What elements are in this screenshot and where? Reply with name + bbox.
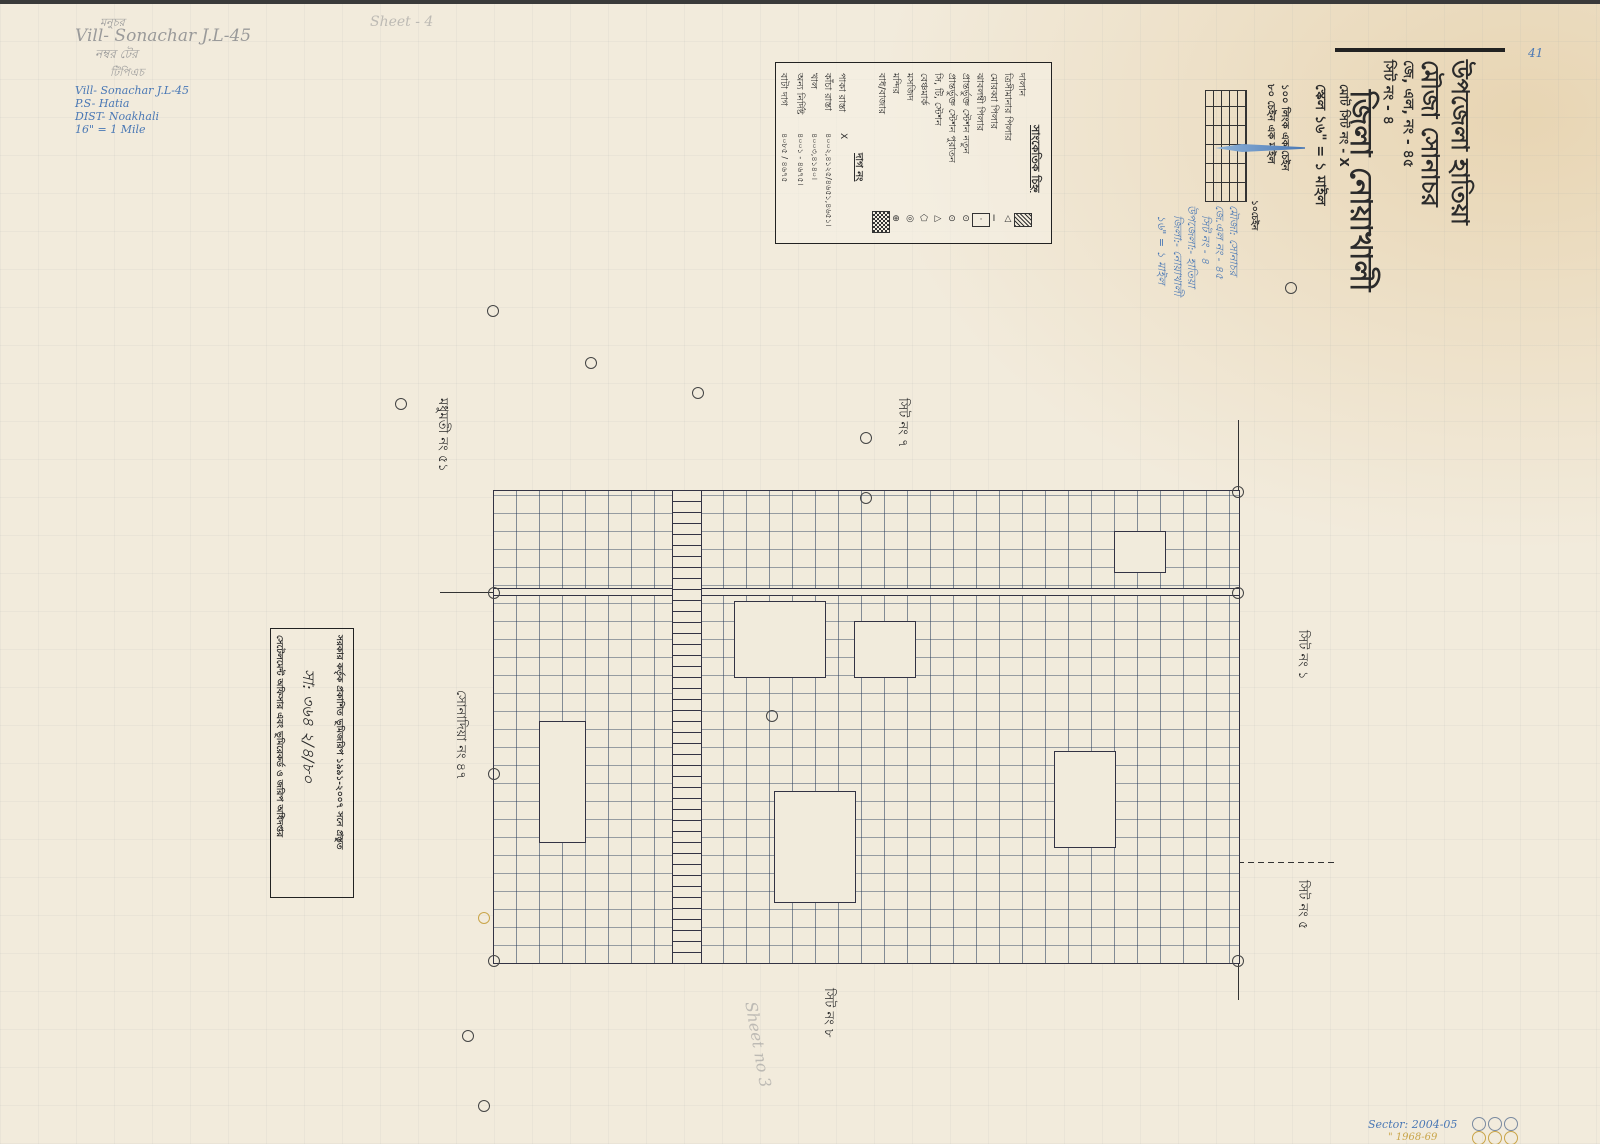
- note-blue-district: DIST- Noakhali: [75, 110, 189, 123]
- dag-row-0-label: পাকা রাস্তা: [833, 73, 848, 112]
- scan-edge: [0, 0, 1600, 4]
- note-scale: ১৬" = ১ মাইল: [1151, 215, 1170, 284]
- stamp-circle-icon: [1472, 1131, 1486, 1144]
- note-pencil-1: Vill- Sonachar J.L-45: [75, 26, 251, 46]
- cert-line-2: সেটেলমেন্ট অফিসার এবং ভূমিরেকর্ড ও জরিপ …: [272, 635, 287, 837]
- certification-box: সরকার কর্তৃক প্রকাশিত ভূমিজরিপ ১৯৯১-২০০৭…: [270, 628, 354, 898]
- note-pencil-2: নম্বর টের: [95, 46, 138, 66]
- dag-row-4-value: ৪০৮৫ / ৪৬৭৫: [777, 133, 790, 182]
- station-circle-icon: [1232, 486, 1244, 498]
- page-mark: 41: [1528, 46, 1543, 60]
- legend-item-4: প্রান্তর্ভুক্ত স্টেশন নতুন: [957, 73, 972, 154]
- dag-row-2-value: ৪০০৩,৪১৪০।: [807, 133, 820, 180]
- boundary-ext-top: [1238, 420, 1239, 490]
- station-new-icon: ⊙: [958, 213, 974, 225]
- adjacent-sheet-right-upper: সিট নং ১: [1291, 630, 1312, 679]
- building-hatch-icon: [1014, 213, 1032, 227]
- stamp-circle-icon: [1504, 1131, 1518, 1144]
- legend-item-6: সি, টি, স্টেশন: [929, 73, 944, 126]
- dag-row-3-value: ৪০০১ - ৪৬৭৫।: [793, 133, 806, 185]
- ct-station-icon: ▷: [930, 213, 946, 225]
- note-pencil-3: টিপিএচ: [110, 64, 144, 83]
- tri-junction-pillar-icon: △: [1000, 213, 1016, 225]
- legend-item-0: দালান: [1013, 73, 1028, 96]
- station-circle-icon: [488, 955, 500, 967]
- road-horizontal: [494, 588, 1239, 596]
- station-circle-icon: [478, 912, 490, 924]
- legend-title: সাংকেতিক চিহ্ন: [1025, 125, 1044, 193]
- square-dot-icon: ·: [972, 213, 990, 227]
- legend-item-2: মোরব্বা পিলার: [985, 73, 1000, 129]
- legend-item-9: মন্দির: [887, 73, 902, 94]
- dag-header: দাগ নং: [849, 153, 866, 181]
- parcel-block: [774, 791, 856, 903]
- note-blue-block: Vill- Sonachar J.L-45 P.S- Hatia DIST- N…: [75, 84, 189, 136]
- legend-item-1: ত্রিসীমানার পিলার: [999, 73, 1014, 141]
- stamp-circle-icon: [1488, 1131, 1502, 1144]
- total-sheets: মোট সিট নং - X: [1332, 84, 1352, 167]
- parcel-block: [734, 601, 826, 678]
- station-circle-icon: [1285, 282, 1297, 294]
- station-circle-icon: [488, 587, 500, 599]
- parcel-map[interactable]: [493, 490, 1240, 964]
- station-circle-icon: [766, 710, 778, 722]
- adjacent-mouza-top-left: মধুমতী নং ৫১: [431, 398, 452, 472]
- legend-item-7: বেঞ্চমার্ক: [915, 73, 930, 105]
- scale-label: স্কেল ১৬" = ১ মাইল: [1308, 84, 1332, 206]
- title-bar-line: [1335, 48, 1505, 52]
- note-blue-village: Vill- Sonachar J.L-45: [75, 84, 189, 97]
- dag-row-0-value: X: [838, 133, 848, 139]
- benchmark-icon: ⬠: [916, 213, 932, 225]
- note-sheet-number: Sheet - 4: [370, 14, 433, 30]
- dag-row-4-label: বাটা দাগ: [775, 73, 790, 106]
- stamp-circle-icon: [1504, 1117, 1518, 1131]
- mosque-icon: ◎: [902, 213, 918, 225]
- note-blue-ps: P.S- Hatia: [75, 97, 189, 110]
- note-old-year: " 1968-69: [1388, 1132, 1437, 1143]
- station-circle-icon: [860, 432, 872, 444]
- station-circle-icon: [488, 768, 500, 780]
- note-blue-scale: 16" = 1 Mile: [75, 123, 189, 136]
- boundary-ext-right: [1238, 862, 1338, 863]
- road-vertical-ladder: [672, 491, 702, 963]
- market-checker-icon: [872, 211, 890, 233]
- scale-end-label: ১০চেইন: [1247, 200, 1262, 230]
- legend-box: সাংকেতিক চিহ্ন দালান ত্রিসীমানার পিলার ম…: [775, 62, 1052, 244]
- parcel-block: [1114, 531, 1166, 573]
- station-circle-icon: [860, 492, 872, 504]
- station-circle-icon: [1232, 955, 1244, 967]
- dag-row-1-value: ৪০০২,৪১২৫/৪৬৫১,৪৬৫১।: [821, 133, 834, 227]
- cert-signature: সা: ৩৬৪ ২/৪/৮০: [294, 669, 321, 783]
- parcel-block: [854, 621, 916, 678]
- legend-item-8: মসজিদ: [901, 73, 916, 101]
- dag-row-2-label: খাল: [805, 73, 820, 89]
- legend-item-5: প্রান্তর্ভুক্ত স্টেশন পুরাতন: [943, 73, 958, 163]
- scale-note-2: ৮০ চেইন এক মাইল: [1261, 84, 1278, 164]
- cert-line-1: সরকার কর্তৃক প্রকাশিত ভূমিজরিপ ১৯৯১-২০০৭…: [332, 635, 347, 850]
- station-circle-icon: [1232, 587, 1244, 599]
- station-circle-icon: [478, 1100, 490, 1112]
- note-sector-year: Sector: 2004-05: [1368, 1118, 1457, 1131]
- adjacent-sheet-bottom: সিট নং ৮: [817, 988, 838, 1037]
- station-circle-icon: [585, 357, 597, 369]
- adjacent-sheet-top: সিট নং ৭: [891, 398, 912, 447]
- station-circle-icon: [692, 387, 704, 399]
- stamp-circle-icon: [1488, 1117, 1502, 1131]
- adjacent-mouza-left: সোনাদিয়া নং ৪৭: [449, 690, 470, 780]
- parcel-block: [539, 721, 586, 843]
- stamp-circle-icon: [1472, 1117, 1486, 1131]
- temple-icon: ⊕: [888, 213, 904, 225]
- station-circle-icon: [487, 305, 499, 317]
- station-circle-icon: [395, 398, 407, 410]
- station-circle-icon: [462, 1030, 474, 1042]
- adjacent-sheet-right-lower: সিট নং ৫: [1291, 880, 1312, 929]
- parcel-block: [1054, 751, 1116, 848]
- legend-item-3: ঝাবলম্বী পিলার: [971, 73, 986, 131]
- legend-item-10: বাধ/বাজার: [873, 73, 888, 114]
- boundary-ext-left: [440, 592, 493, 593]
- dag-row-3-label: অন্য নির্দিষ্ট: [791, 73, 806, 114]
- dag-row-1-label: কাঁচা রাস্তা: [819, 73, 834, 111]
- station-old-icon: ⊙: [944, 213, 960, 225]
